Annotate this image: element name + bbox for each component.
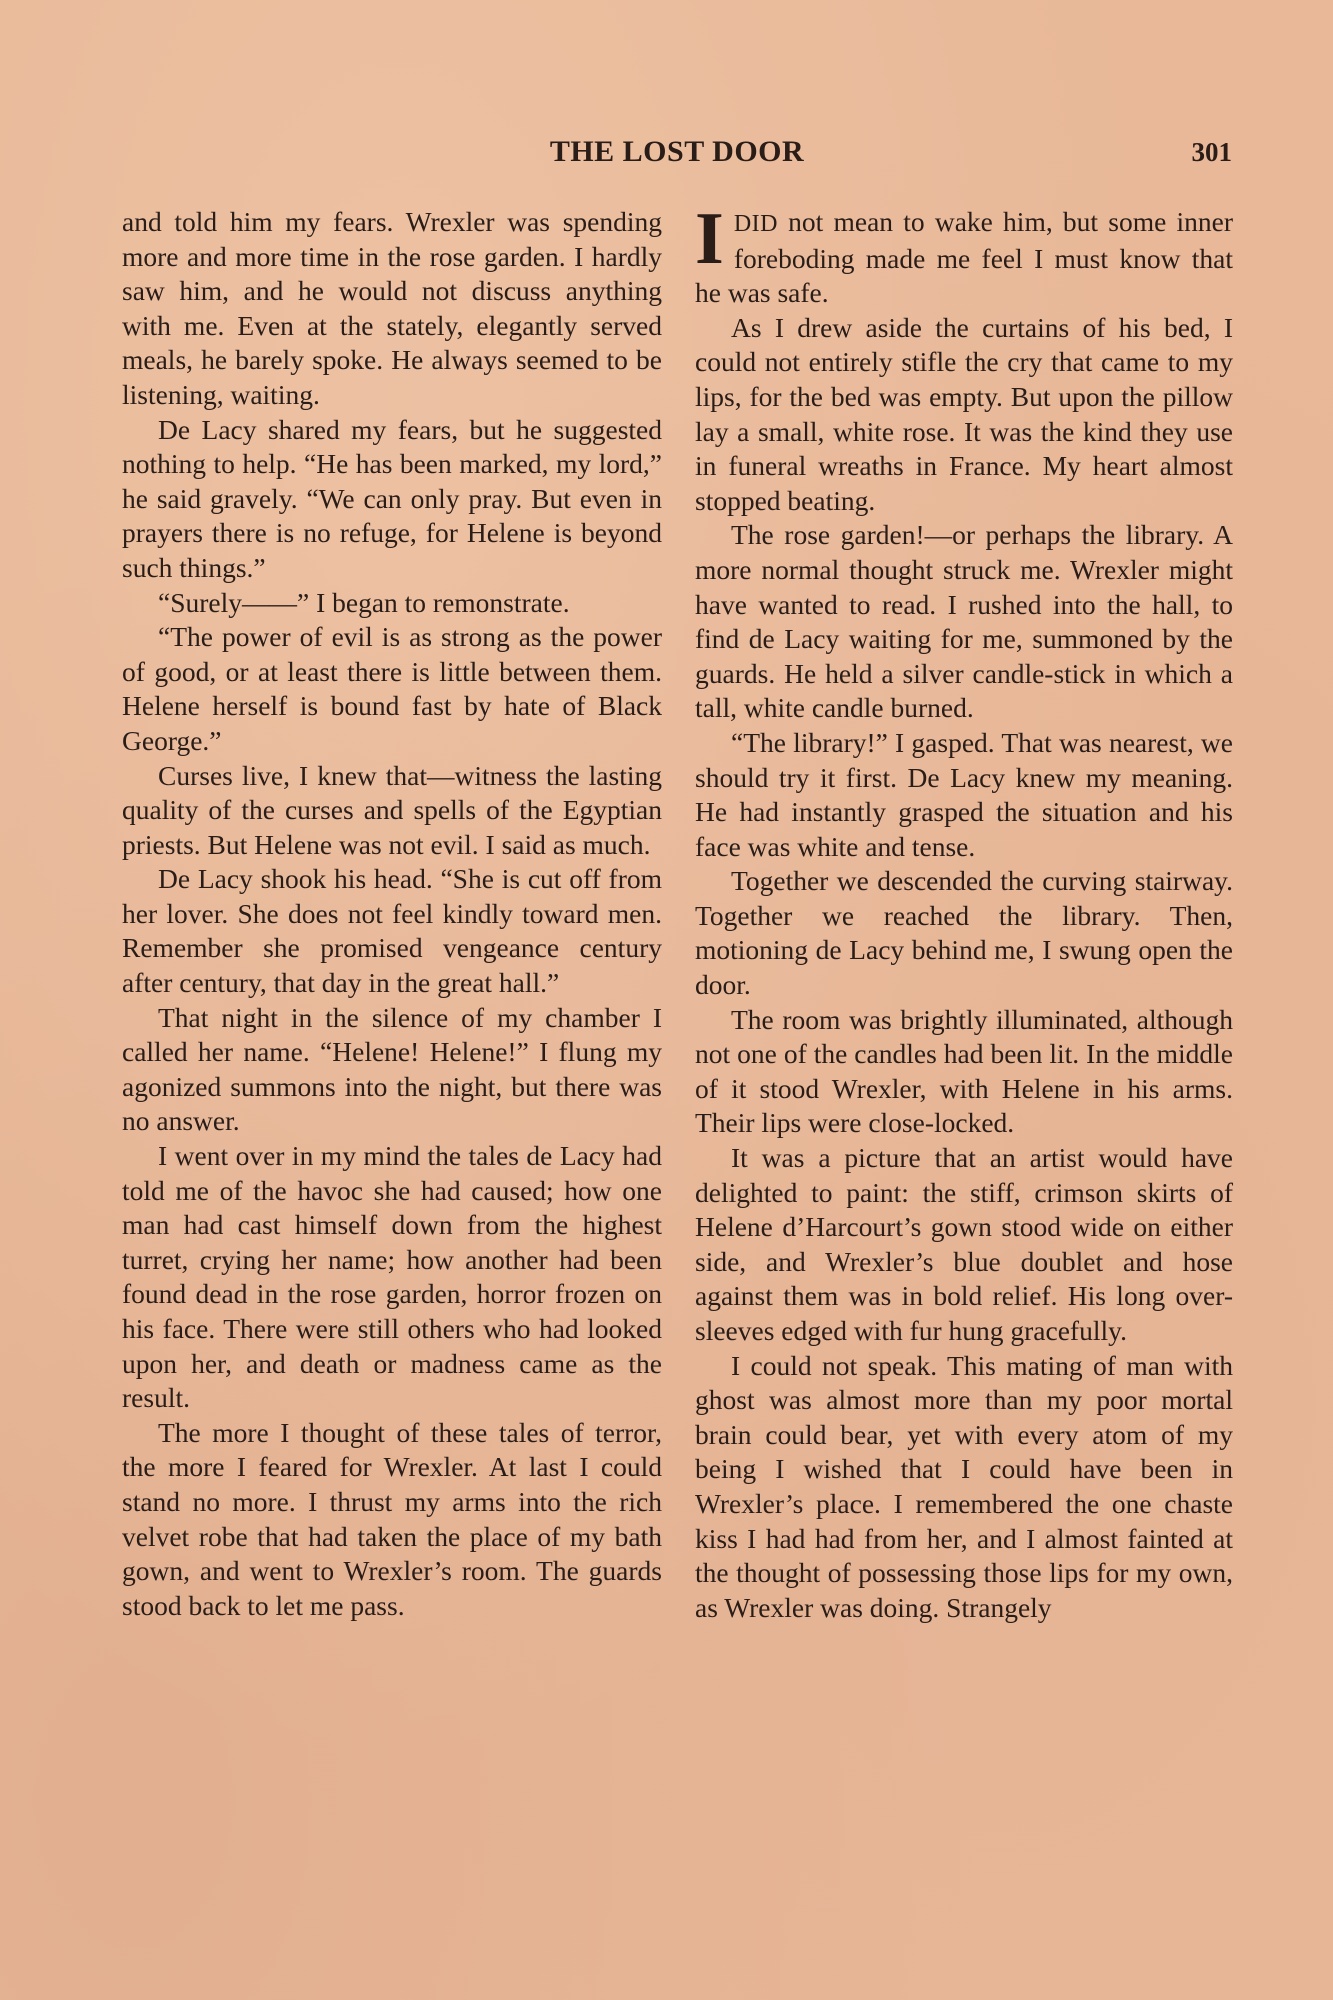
paragraph: It was a picture that an artist would ha… xyxy=(695,1141,1233,1349)
running-head: THE LOST DOOR 301 xyxy=(122,132,1232,172)
paragraph: The rose garden!—or perhaps the library.… xyxy=(695,518,1233,726)
book-page: THE LOST DOOR 301 and told him my fears.… xyxy=(0,0,1333,2000)
paragraph: “Surely——” I began to remonstrate. xyxy=(122,586,662,621)
page-number: 301 xyxy=(1192,132,1233,172)
left-column: and told him my fears. Wrexler was spend… xyxy=(122,205,662,1623)
paragraph: The room was brightly illuminated, altho… xyxy=(695,1003,1233,1141)
paragraph: De Lacy shook his head. “She is cut off … xyxy=(122,862,662,1000)
section-opening-paragraph: IDID not mean to wake him, but some inne… xyxy=(695,205,1233,311)
small-caps-word: DID xyxy=(734,211,778,237)
paragraph: I went over in my mind the tales de Lacy… xyxy=(122,1139,662,1416)
paragraph: That night in the silence of my cham­ber… xyxy=(122,1001,662,1139)
paragraph: I could not speak. This mating of man wi… xyxy=(695,1349,1233,1626)
paragraph: De Lacy shared my fears, but he suggeste… xyxy=(122,413,662,586)
paragraph: Curses live, I knew that—witness the las… xyxy=(122,759,662,863)
right-column: IDID not mean to wake him, but some inne… xyxy=(695,205,1233,1625)
running-title: THE LOST DOOR xyxy=(122,132,1232,172)
paragraph: and told him my fears. Wrexler was spend… xyxy=(122,205,662,413)
paragraph: The more I thought of these tales of ter… xyxy=(122,1416,662,1624)
paragraph: “The library!” I gasped. That was neares… xyxy=(695,726,1233,864)
paragraph: “The power of evil is as strong as the p… xyxy=(122,620,662,758)
drop-cap: I xyxy=(695,209,724,269)
paragraph: Together we descended the curving stairw… xyxy=(695,864,1233,1002)
paragraph: As I drew aside the curtains of his bed,… xyxy=(695,311,1233,519)
